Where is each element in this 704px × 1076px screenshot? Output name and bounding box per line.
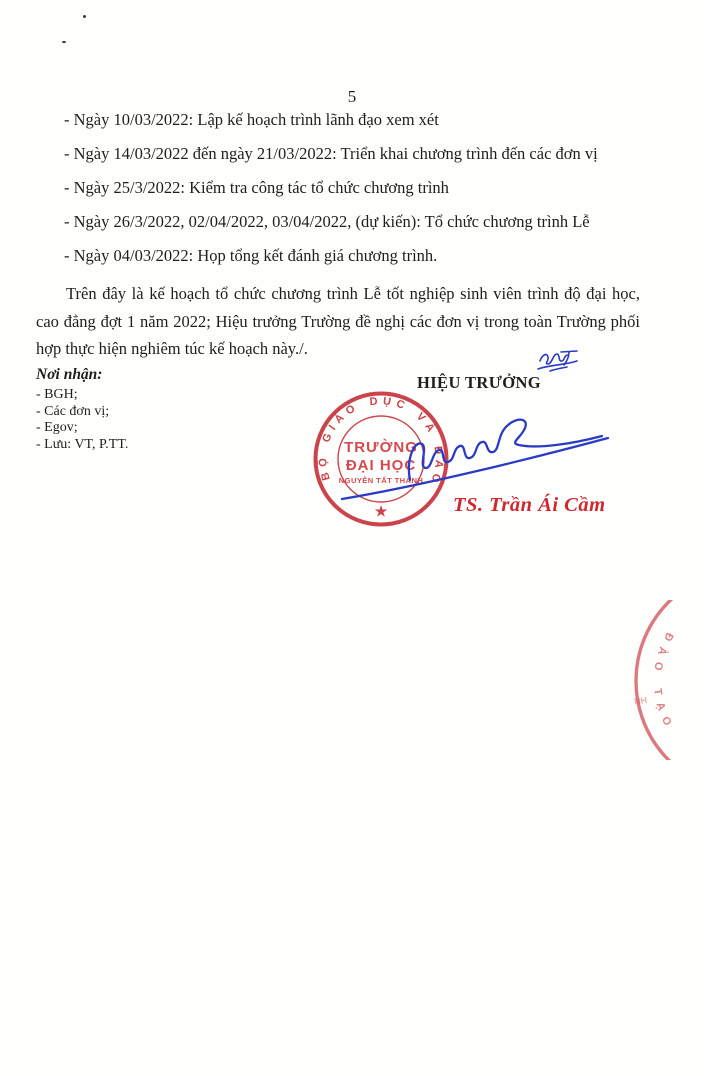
schedule-item: - Ngày 04/03/2022: Họp tổng kết đánh giá…: [64, 246, 664, 268]
initials-paraph: [535, 347, 581, 373]
dust-speck: [62, 41, 66, 43]
schedule-item: - Ngày 14/03/2022 đến ngày 21/03/2022: T…: [64, 144, 664, 166]
recipient-item: - Egov;: [36, 420, 128, 437]
signature-underline: [342, 438, 608, 499]
recipient-item: - Các đơn vị;: [36, 404, 128, 421]
signature-scribble: [409, 420, 602, 480]
page-number: 5: [0, 87, 704, 107]
schedule-list: - Ngày 10/03/2022: Lập kế hoạch trình lã…: [64, 110, 664, 280]
recipients-title: Nơi nhận:: [36, 366, 128, 384]
signer-name: TS. Trần Ái Cầm: [453, 494, 606, 517]
schedule-item: - Ngày 26/3/2022, 02/04/2022, 03/04/2022…: [64, 212, 664, 234]
partial-stamp-arc: ĐÀO TẠO NH: [626, 600, 704, 760]
recipient-item: - BGH;: [36, 387, 128, 404]
schedule-item: - Ngày 25/3/2022: Kiểm tra công tác tổ c…: [64, 178, 664, 200]
partial-stamp-bleed: ĐÀO TẠO NH: [626, 600, 704, 760]
recipient-item: - Lưu: VT, P.TT.: [36, 437, 128, 454]
document-page: 5 - Ngày 10/03/2022: Lập kế hoạch trình …: [0, 0, 704, 1076]
initials-underline: [538, 361, 577, 369]
dust-speck: [83, 15, 86, 18]
recipients-block: Nơi nhận: - BGH; - Các đơn vị; - Egov; -…: [36, 366, 128, 453]
partial-stamp-smudge: NH: [634, 695, 648, 707]
partial-stamp-text: ĐÀO TẠO: [651, 631, 678, 735]
schedule-item: - Ngày 10/03/2022: Lập kế hoạch trình lã…: [64, 110, 664, 132]
partial-stamp-ring: [636, 600, 704, 760]
initials-underline2: [550, 367, 567, 371]
initials-stroke: [540, 354, 568, 364]
